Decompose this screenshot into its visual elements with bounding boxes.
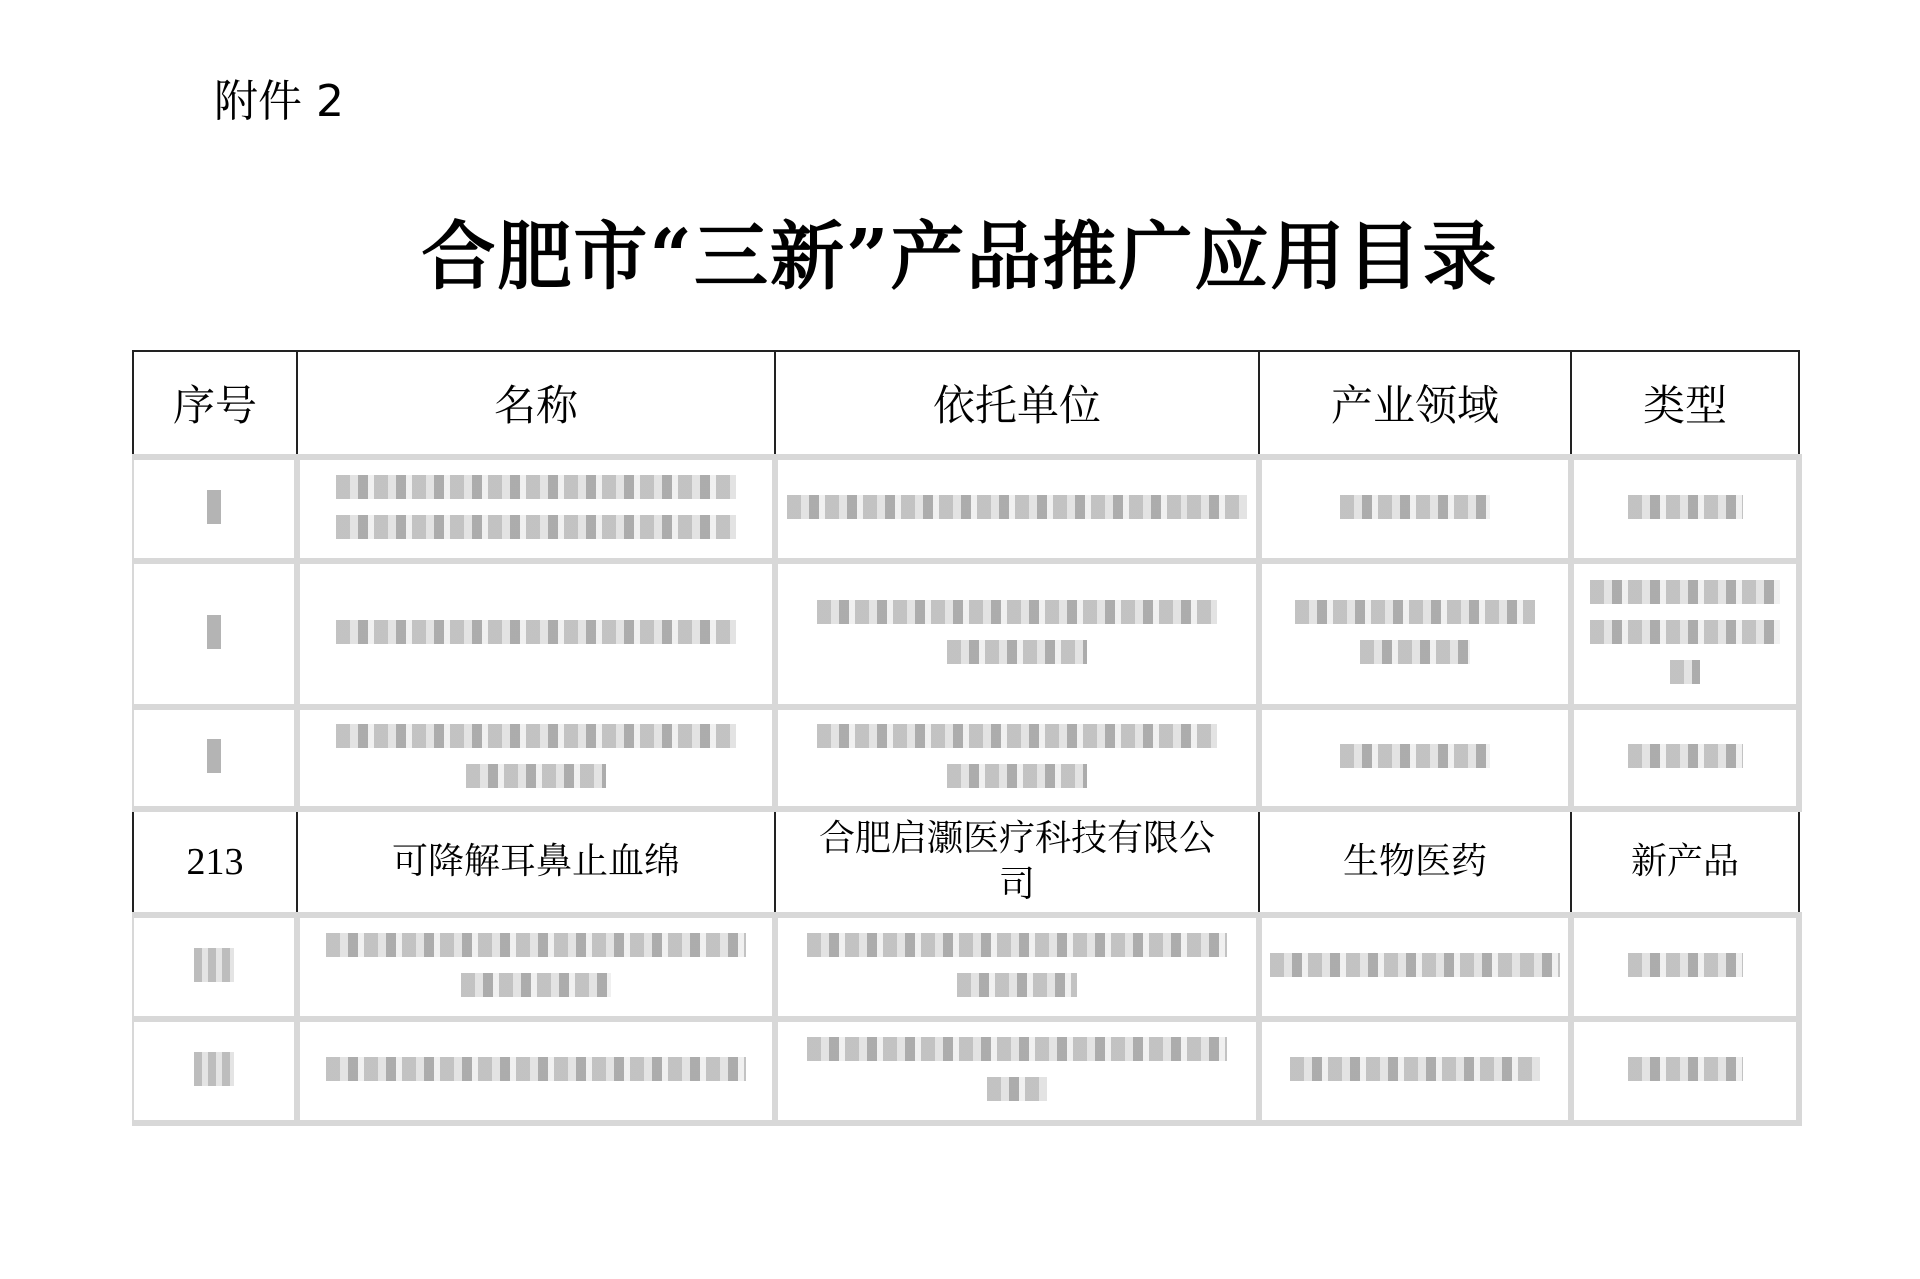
cell-field-redacted (1259, 561, 1571, 707)
table-row-redacted (133, 1019, 1799, 1123)
cell-name-redacted (297, 915, 775, 1019)
cell-serial: 213 (133, 809, 297, 915)
cell-name: 可降解耳鼻止血绵 (297, 809, 775, 915)
header-name: 名称 (297, 351, 775, 457)
table-row-redacted (133, 915, 1799, 1019)
cell-type-redacted (1571, 561, 1799, 707)
cell-field-redacted (1259, 707, 1571, 809)
cell-name-redacted (297, 457, 775, 561)
cell-name-redacted (297, 1019, 775, 1123)
cell-unit-line-1: 合肥启灏医疗科技有限公 (782, 816, 1252, 862)
table-row-redacted (133, 457, 1799, 561)
cell-name-redacted (297, 707, 775, 809)
cell-unit-redacted (775, 457, 1259, 561)
cell-field-redacted (1259, 1019, 1571, 1123)
cell-type-redacted (1571, 915, 1799, 1019)
cell-serial-redacted (133, 561, 297, 707)
cell-unit-redacted (775, 1019, 1259, 1123)
attachment-label: 附件 2 (214, 74, 344, 130)
cell-serial-redacted (133, 707, 297, 809)
cell-field-redacted (1259, 915, 1571, 1019)
cell-unit: 合肥启灏医疗科技有限公 司 (775, 809, 1259, 915)
product-catalog-table: 序号 名称 依托单位 产业领域 类型 (132, 350, 1802, 1126)
header-field: 产业领域 (1259, 351, 1571, 457)
cell-type: 新产品 (1571, 809, 1799, 915)
table-row-redacted (133, 561, 1799, 707)
cell-serial-redacted (133, 915, 297, 1019)
header-serial: 序号 (133, 351, 297, 457)
header-type: 类型 (1571, 351, 1799, 457)
cell-unit-redacted (775, 915, 1259, 1019)
cell-serial-redacted (133, 457, 297, 561)
cell-unit-redacted (775, 561, 1259, 707)
table-row-highlighted: 213 可降解耳鼻止血绵 合肥启灏医疗科技有限公 司 生物医药 新产品 (133, 809, 1799, 915)
cell-field-redacted (1259, 457, 1571, 561)
cell-type-redacted (1571, 707, 1799, 809)
cell-name-redacted (297, 561, 775, 707)
cell-unit-redacted (775, 707, 1259, 809)
header-unit: 依托单位 (775, 351, 1259, 457)
cell-type-redacted (1571, 457, 1799, 561)
cell-serial-redacted (133, 1019, 297, 1123)
table-header-row: 序号 名称 依托单位 产业领域 类型 (133, 351, 1799, 457)
document-title: 合肥市“三新”产品推广应用目录 (0, 212, 1920, 302)
table-row-redacted (133, 707, 1799, 809)
cell-unit-line-2: 司 (782, 862, 1252, 908)
cell-type-redacted (1571, 1019, 1799, 1123)
cell-field: 生物医药 (1259, 809, 1571, 915)
